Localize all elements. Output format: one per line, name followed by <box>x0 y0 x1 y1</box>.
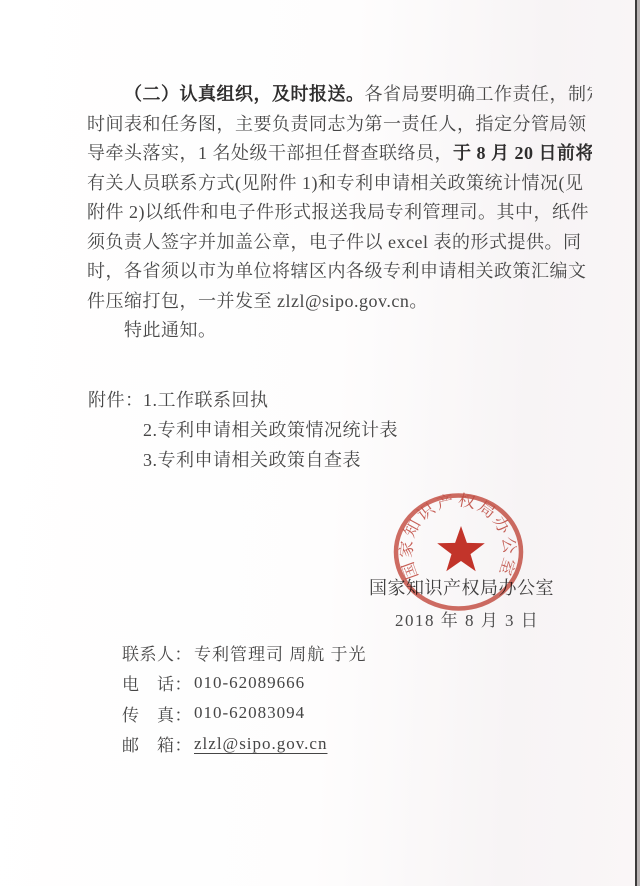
contact-person-label: 联系人： <box>122 640 194 665</box>
body-line: 件压缩打包，一并发至 zlzl@sipo.gov.cn。 <box>87 287 592 317</box>
body-line: 须负责人签字并加盖公章，电子件以 excel 表的形式提供。同 <box>87 228 592 258</box>
bold-deadline-emphasis: 于 8 月 20 日前将 <box>453 143 592 163</box>
body-line: 导牵头落实，1 名处级干部担任督查联络员，于 8 月 20 日前将 <box>87 139 592 169</box>
body-text-segment: 时间表和任务图，主要负责同志为第一责任人，指定分管局领 <box>87 114 587 134</box>
attachment-item: 1.工作联系回执 <box>143 390 269 410</box>
fax-label: 传 真： <box>122 701 194 726</box>
official-seal: 国家知识产权局办公室 <box>389 490 529 614</box>
contact-person-value: 专利管理司 周航 于光 <box>194 640 367 665</box>
body-text-segment: 附件 2)以纸件和电子件形式报送我局专利管理司。其中，纸件 <box>87 202 589 222</box>
phone-label: 电 话： <box>122 670 194 695</box>
body-paragraph: （二）认真组织，及时报送。各省局要明确工作责任，制定 时间表和任务图，主要负责同… <box>87 80 592 346</box>
star-icon <box>437 526 485 571</box>
contact-info-block: 联系人：专利管理司 周航 于光 电 话：010-62089666 传 真：010… <box>122 637 367 759</box>
body-line: 时间表和任务图，主要负责同志为第一责任人，指定分管局领 <box>87 110 592 140</box>
body-line: （二）认真组织，及时报送。各省局要明确工作责任，制定 <box>87 80 592 110</box>
body-line-closing: 特此通知。 <box>87 316 592 346</box>
attachment-row: 附件：1.工作联系回执 <box>88 385 398 415</box>
contact-row: 电 话：010-62089666 <box>122 668 367 699</box>
contact-row: 邮 箱：zlzl@sipo.gov.cn <box>122 729 367 760</box>
body-text-segment: 件压缩打包，一并发至 zlzl@sipo.gov.cn。 <box>87 291 428 311</box>
body-line: 有关人员联系方式(见附件 1)和专利申请相关政策统计情况(见 <box>87 169 592 199</box>
bold-section-heading: （二）认真组织，及时报送。 <box>124 84 365 104</box>
attachment-item: 2.专利申请相关政策情况统计表 <box>143 420 398 440</box>
body-text-segment: 导牵头落实，1 名处级干部担任督查联络员， <box>87 143 453 163</box>
contact-row: 联系人：专利管理司 周航 于光 <box>122 637 367 668</box>
body-line: 附件 2)以纸件和电子件形式报送我局专利管理司。其中，纸件 <box>87 198 592 228</box>
notice-document-page: （二）认真组织，及时报送。各省局要明确工作责任，制定 时间表和任务图，主要负责同… <box>0 0 640 886</box>
body-text-segment: 有关人员联系方式(见附件 1)和专利申请相关政策统计情况(见 <box>87 173 583 193</box>
email-label: 邮 箱： <box>122 731 194 756</box>
fax-value: 010-62083094 <box>194 703 305 723</box>
body-text-segment: 时，各省须以市为单位将辖区内各级专利申请相关政策汇编文 <box>87 261 587 281</box>
attachments-label: 附件： <box>88 385 143 415</box>
page-edge-line <box>635 0 637 886</box>
body-text-segment: 特此通知。 <box>124 320 217 340</box>
body-text-segment: 各省局要明确工作责任，制定 <box>365 84 593 104</box>
body-line: 时，各省须以市为单位将辖区内各级专利申请相关政策汇编文 <box>87 257 592 287</box>
body-text-segment: 须负责人签字并加盖公章，电子件以 excel 表的形式提供。同 <box>87 232 581 252</box>
contact-row: 传 真：010-62083094 <box>122 698 367 729</box>
phone-value: 010-62089666 <box>194 673 305 693</box>
attachment-row: 2.专利申请相关政策情况统计表 <box>88 415 398 445</box>
email-value: zlzl@sipo.gov.cn <box>194 734 327 754</box>
attachments-block: 附件：1.工作联系回执 2.专利申请相关政策情况统计表 3.专利申请相关政策自查… <box>88 385 398 475</box>
attachment-item: 3.专利申请相关政策自查表 <box>143 450 361 470</box>
attachment-row: 3.专利申请相关政策自查表 <box>88 445 398 475</box>
